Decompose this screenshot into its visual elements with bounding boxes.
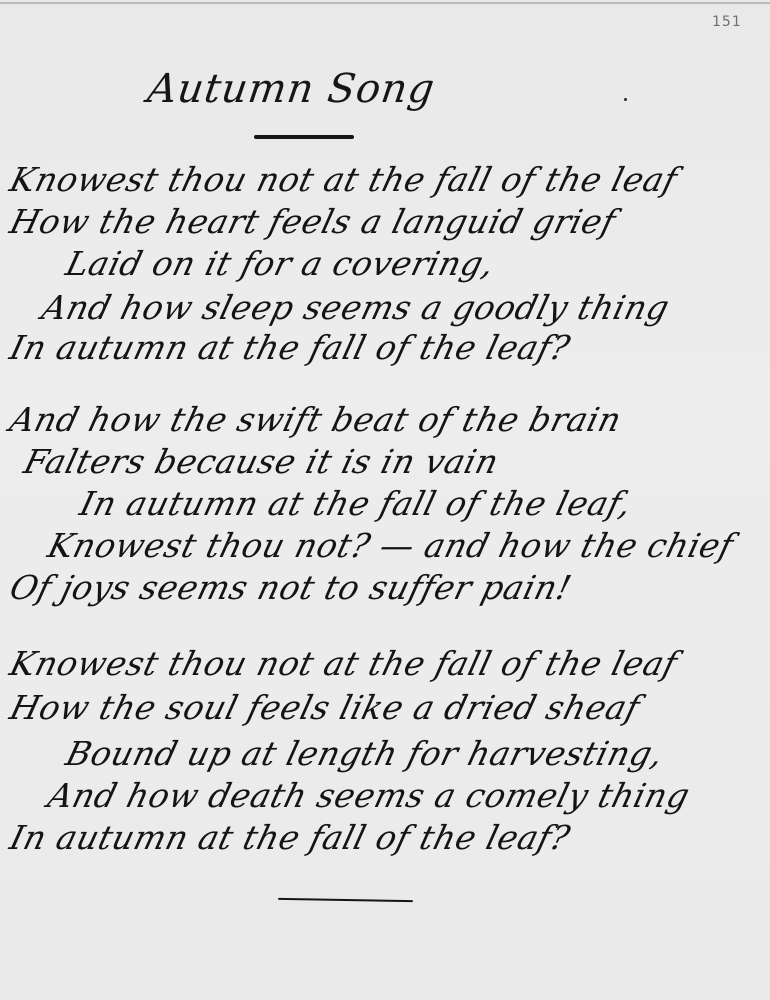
page-top-edge bbox=[0, 2, 770, 4]
poem-line: Bound up at length for harvesting, bbox=[62, 734, 668, 773]
poem-line: Laid on it for a covering, bbox=[62, 244, 499, 283]
poem-line: And how the swift beat of the brain bbox=[6, 400, 626, 439]
poem-line: Knowest thou not at the fall of the leaf bbox=[6, 160, 681, 199]
poem-line: Knowest thou not? — and how the chief bbox=[44, 526, 738, 565]
poem-line: How the heart feels a languid grief bbox=[6, 202, 620, 241]
poem-line: And how death seems a comely thing bbox=[44, 776, 694, 815]
poem-line: In autumn at the fall of the leaf? bbox=[6, 818, 574, 857]
poem-title: Autumn Song bbox=[145, 66, 438, 112]
page-number: 151 bbox=[712, 14, 742, 30]
manuscript-page: 151 Autumn Song Knowest thou not at the … bbox=[0, 0, 770, 1000]
poem-line: In autumn at the fall of the leaf? bbox=[6, 328, 574, 367]
poem-line: Knowest thou not at the fall of the leaf bbox=[6, 644, 681, 683]
poem-line: Falters because it is in vain bbox=[20, 442, 503, 481]
poem-line: How the soul feels like a dried sheaf bbox=[6, 688, 644, 727]
closing-rule bbox=[278, 898, 413, 902]
poem-line: Of joys seems not to suffer pain! bbox=[6, 568, 576, 607]
ink-dot bbox=[624, 98, 627, 101]
title-underline-rule bbox=[254, 135, 354, 139]
poem-line: And how sleep seems a goodly thing bbox=[38, 288, 673, 327]
poem-line: In autumn at the fall of the leaf, bbox=[76, 484, 636, 523]
